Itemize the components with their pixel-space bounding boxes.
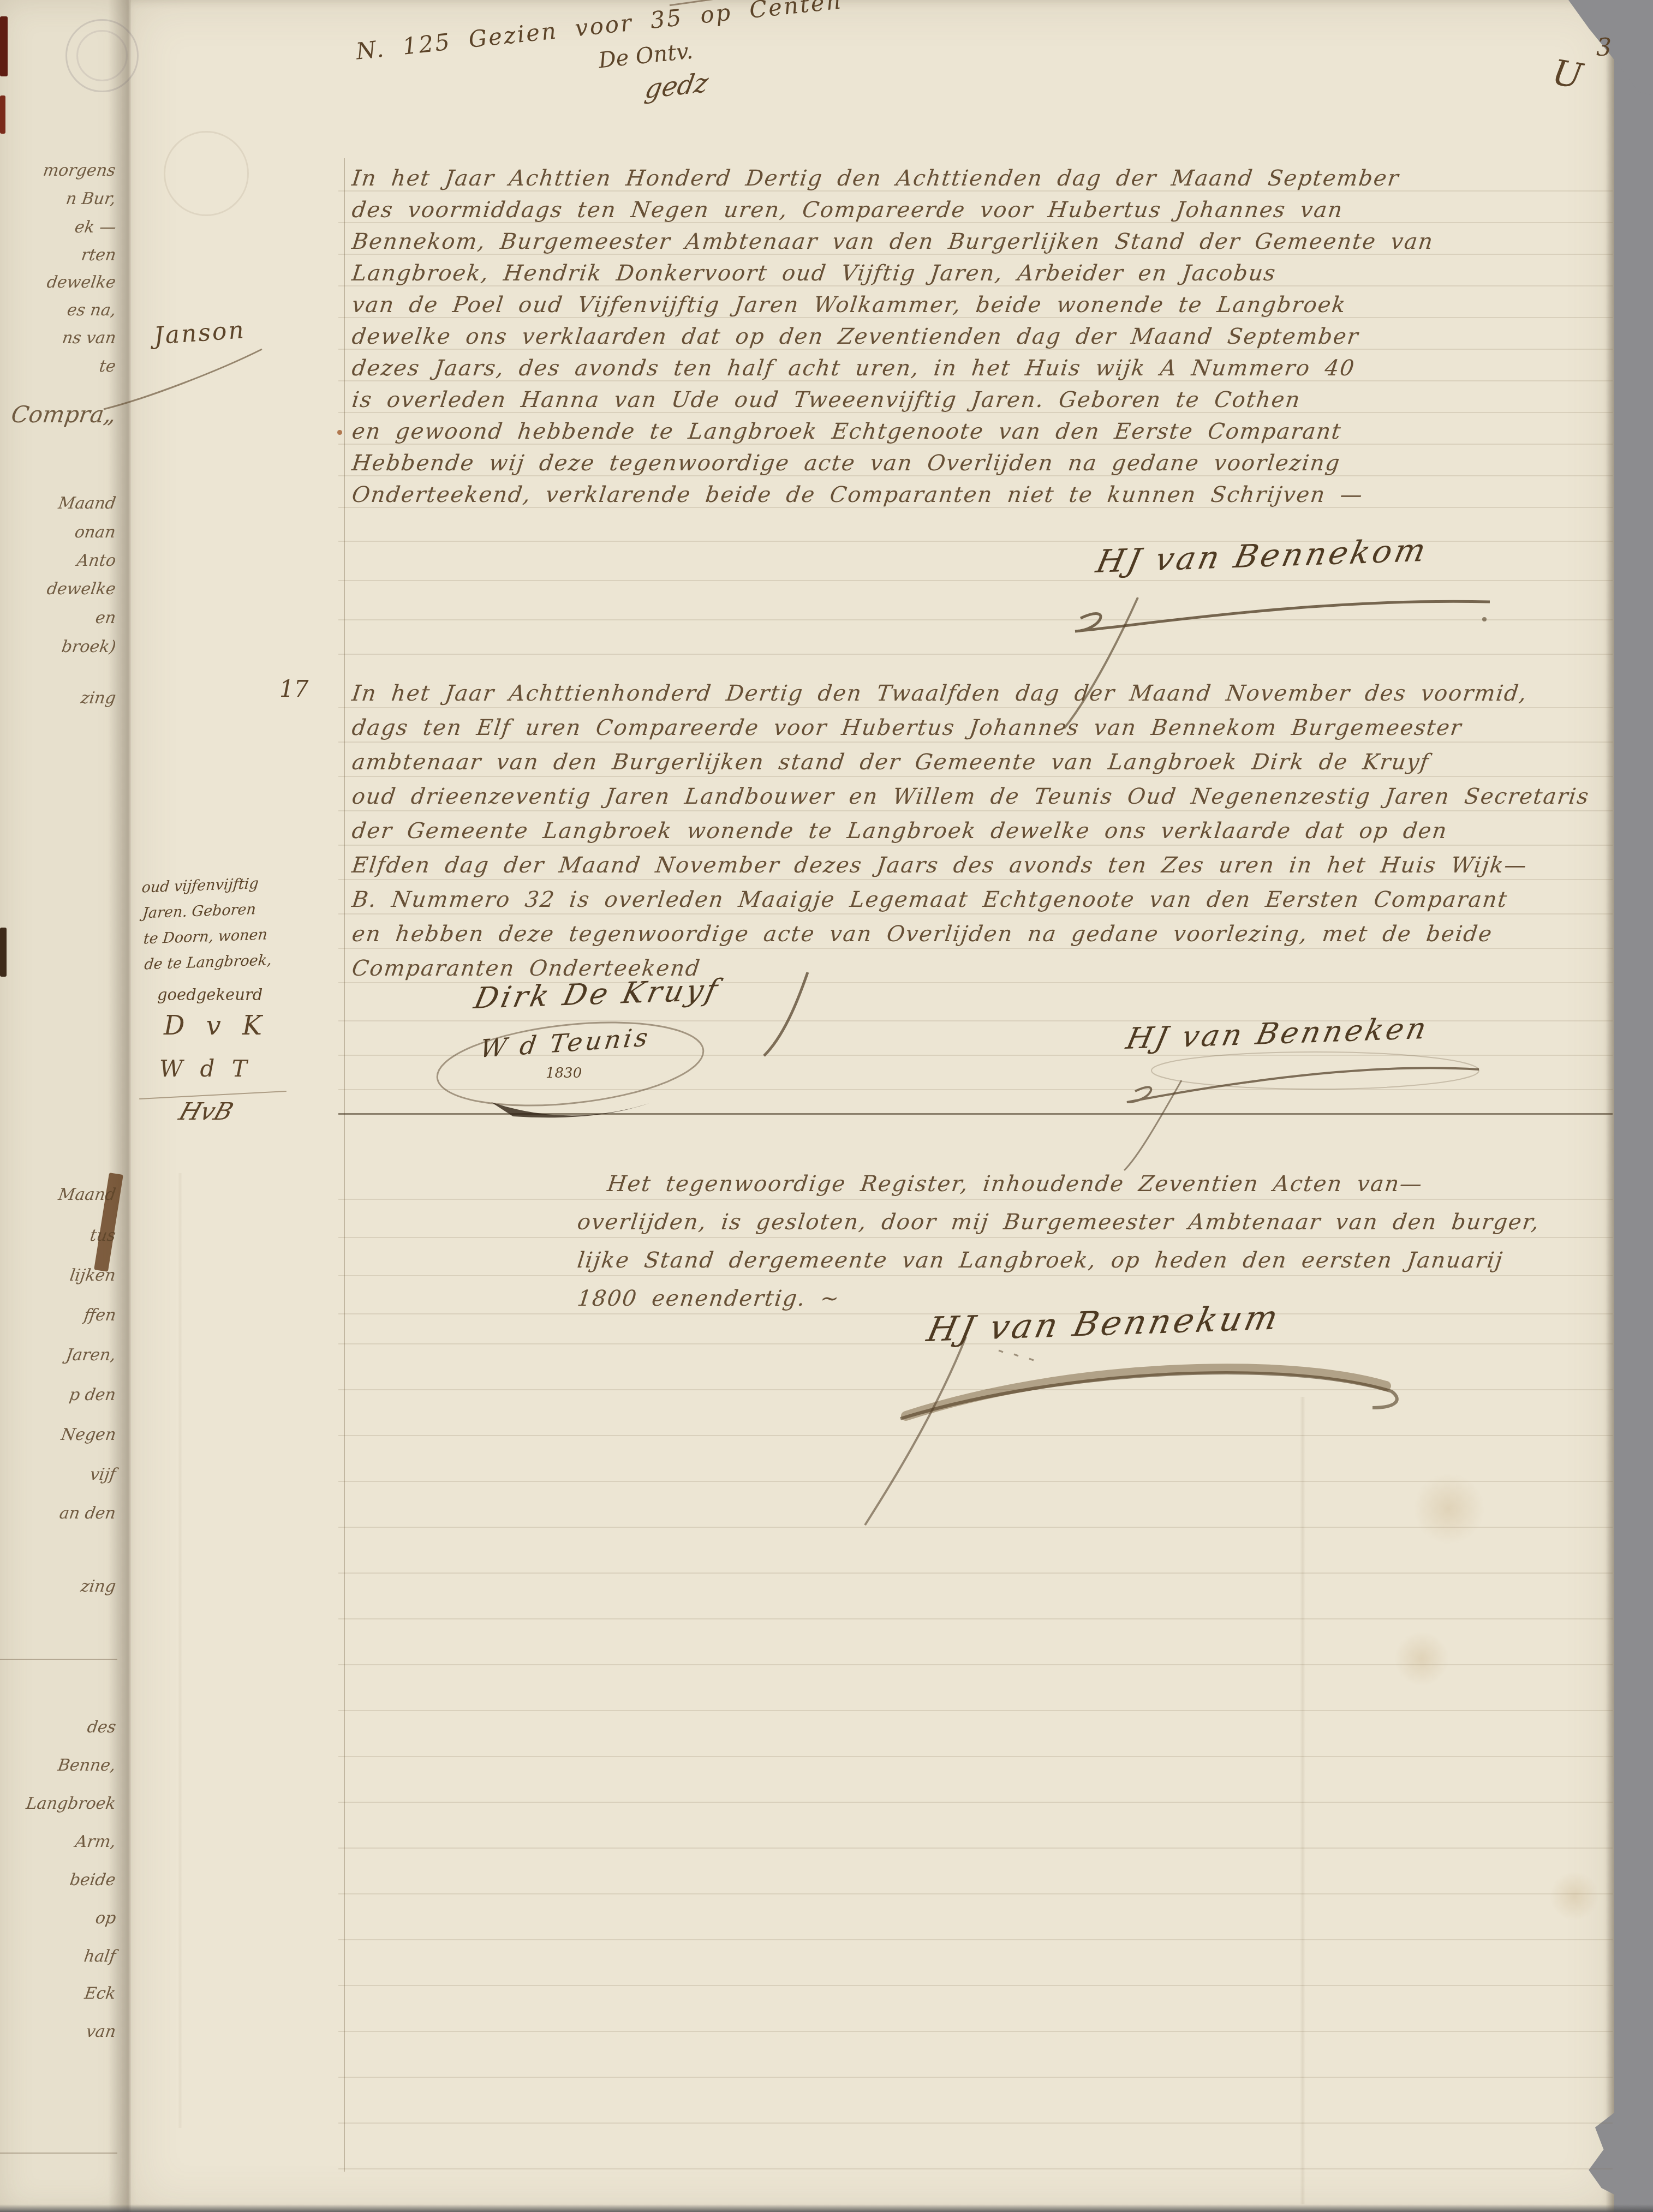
page-fragment: zing <box>80 689 117 708</box>
entry-line: In het Jaar Achttienhonderd Dertig den T… <box>350 677 1615 711</box>
closing-line: Het tegenwoordige Register, inhoudende Z… <box>575 1165 1628 1203</box>
ruled-line <box>338 1618 1613 1619</box>
ruled-line <box>338 1756 1613 1757</box>
page-fragment: Arm, <box>74 1832 117 1851</box>
page-fragment: op <box>94 1909 117 1928</box>
entry-line: en hebben deze tegenwoordige acte van Ov… <box>350 917 1615 952</box>
page-fragment: van <box>85 2022 117 2041</box>
page-bottom-edge <box>0 2204 1653 2212</box>
approval-label: goedgekeurd <box>157 985 262 1004</box>
approval-initials-3: HvB <box>176 1098 237 1126</box>
ruled-line <box>338 1710 1613 1711</box>
entry-line: oud drieenzeventig Jaren Landbouwer en W… <box>350 780 1615 814</box>
folio-number: 3 <box>1596 34 1612 62</box>
entry-line: Bennekom, Burgemeester Ambtenaar van den… <box>350 226 1614 258</box>
entry-line: ambtenaar van den Burgerlijken stand der… <box>350 745 1615 780</box>
page-fragment: tus <box>89 1226 117 1245</box>
faint-stamp <box>164 131 249 216</box>
kruyf-pen-stroke <box>753 966 824 1064</box>
page-fragment: Maand <box>57 494 117 513</box>
page-fragment: n Bur, <box>65 189 117 208</box>
ruled-line <box>338 1848 1613 1849</box>
entry-line: Onderteekend, verklarende beide de Compa… <box>350 479 1614 511</box>
page-fragment: rten <box>80 246 117 265</box>
entry-line: dags ten Elf uren Compareerde voor Huber… <box>350 711 1615 745</box>
ruled-line <box>338 2168 1613 2169</box>
page-fragment: en <box>94 608 117 627</box>
janson-pen-tail <box>98 338 278 415</box>
ruled-line <box>338 1802 1613 1803</box>
page-fragment: Benne, <box>57 1756 117 1775</box>
signature-flourish <box>1086 1031 1506 1184</box>
page-fragment: Maand <box>57 1185 117 1204</box>
closing-line: lijke Stand dergemeente van Langbroek, o… <box>575 1241 1628 1280</box>
ruled-line <box>338 2123 1613 2124</box>
margin-note: oud vijfenvijftigJaren. Geborente Doorn,… <box>141 869 314 978</box>
entry-line: des voormiddags ten Negen uren, Comparee… <box>350 194 1614 226</box>
entry-line: dezes Jaars, des avonds ten half acht ur… <box>350 352 1614 384</box>
crease <box>178 1173 182 2128</box>
ruled-line <box>338 1573 1613 1574</box>
page-fragment: morgens <box>42 161 117 180</box>
page-fragment: Negen <box>59 1425 117 1444</box>
ruled-line <box>338 2077 1613 2078</box>
margin-vertical-rule <box>344 158 345 2172</box>
page-fragment: des <box>86 1718 117 1737</box>
page-fragment: es na, <box>65 301 117 320</box>
approval-initials-2: W d T <box>159 1055 252 1082</box>
page-fragment: Anto <box>75 551 117 570</box>
closing-signature-flourish <box>835 1299 1463 1539</box>
teunis-oval-flourish <box>426 1009 720 1140</box>
entry-line: en gewoond hebbende te Langbroek Echtgen… <box>350 416 1614 447</box>
ruled-line <box>338 1664 1613 1665</box>
page-fragment: zing <box>80 1577 117 1596</box>
stain <box>1550 1872 1599 1921</box>
entry-line: Elfden dag der Maand November dezes Jaar… <box>350 848 1615 883</box>
entry-1-text: In het Jaar Achttien Honderd Dertig den … <box>352 163 1613 511</box>
page-fragment: p den <box>68 1385 117 1404</box>
ruled-line <box>338 2031 1613 2032</box>
ruled-line <box>338 1985 1613 1986</box>
page-fragment: Jaren, <box>65 1346 117 1365</box>
page-fragment: Langbroek <box>25 1794 117 1813</box>
rust-spot <box>337 430 342 435</box>
page-fragment: beide <box>69 1870 117 1890</box>
page-fragment: onan <box>74 523 117 542</box>
approval-initials-1: D v K <box>164 1011 268 1041</box>
page-fragment: broek) <box>60 637 117 656</box>
closing-line: overlijden, is gesloten, door mij Burgem… <box>575 1203 1628 1241</box>
page-fragment: vijf <box>89 1465 117 1484</box>
entry-line: is overleden Hanna van Ude oud Tweeenvij… <box>350 384 1614 416</box>
ruled-line <box>338 1893 1613 1894</box>
previous-page-fragments: morgensn Bur,ek —rtendewelkees na,ns van… <box>0 0 130 2212</box>
page-fragment: half <box>83 1947 117 1966</box>
entry-line: Langbroek, Hendrik Donkervoort oud Vijft… <box>350 258 1614 289</box>
page-fragment: lijken <box>69 1266 117 1285</box>
page-fragment: Eck <box>83 1984 117 2003</box>
entry-line: B. Nummero 32 is overleden Maaigje Legem… <box>350 883 1615 917</box>
closing-text: Het tegenwoordige Register, inhoudende Z… <box>577 1165 1625 1318</box>
stain <box>1394 1631 1449 1686</box>
entry-line: der Gemeente Langbroek wonende te Langbr… <box>350 814 1615 848</box>
entry-line: van de Poel oud Vijfenvijftig Jaren Wolk… <box>350 289 1614 321</box>
document-scan: { "colors": { "ink": "#5c4429", "paper":… <box>0 0 1653 2212</box>
entry-2-text: In het Jaar Achttienhonderd Dertig den T… <box>352 677 1613 986</box>
entry-line: In het Jaar Achttien Honderd Dertig den … <box>350 163 1614 194</box>
page-fragment: ek — <box>73 218 117 237</box>
page-fragment: dewelke <box>46 273 117 292</box>
page-fragment: ffen <box>82 1306 117 1325</box>
page-fragment: dewelke <box>46 579 117 599</box>
entry-line: dewelke ons verklaarden dat op den Zeven… <box>350 321 1614 352</box>
entry-line: Hebbende wij deze tegenwoordige acte van… <box>350 447 1614 479</box>
page-fragment: an den <box>58 1504 117 1523</box>
entry-number: 17 <box>279 675 308 702</box>
ruled-line <box>338 1939 1613 1940</box>
